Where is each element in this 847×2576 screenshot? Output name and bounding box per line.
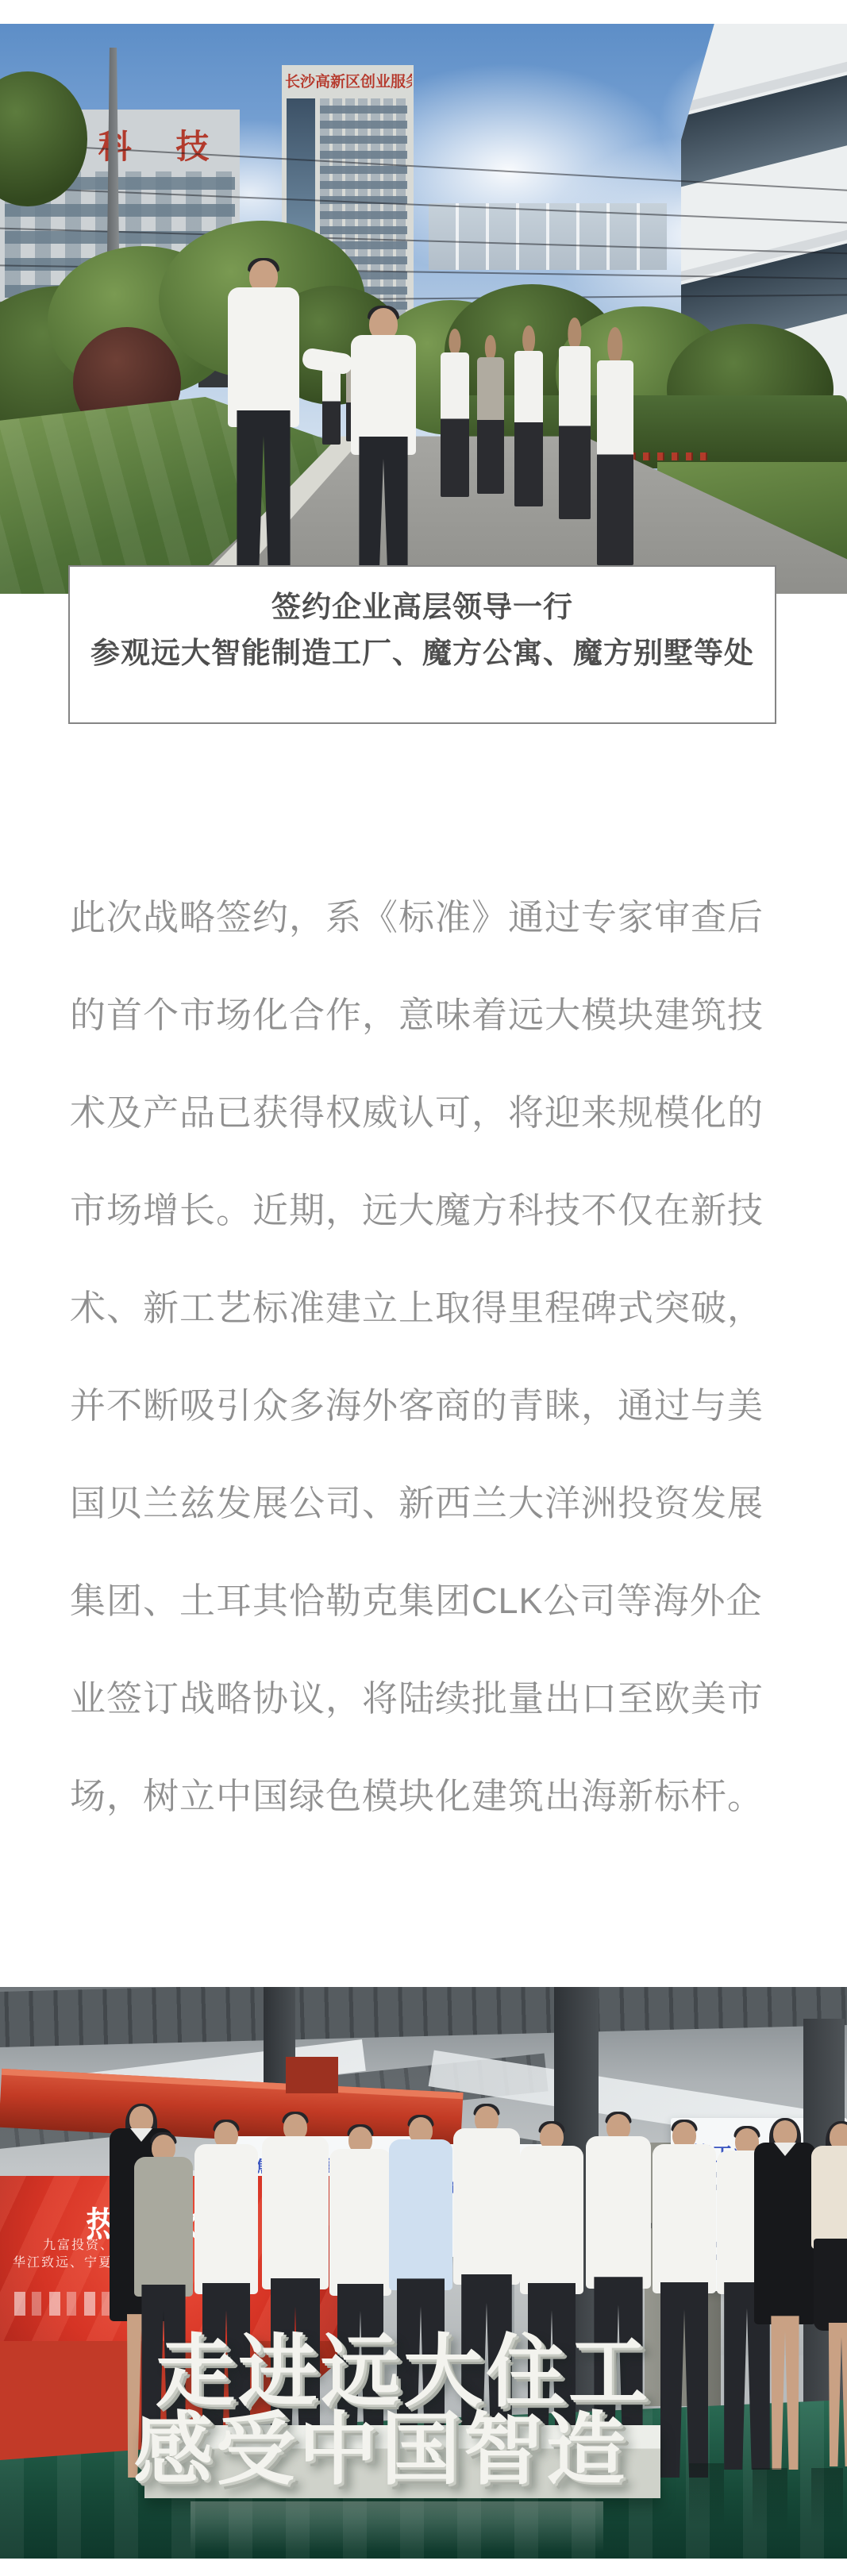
article-page: 长沙高新区创业服务中心 学 科 技 — [0, 0, 847, 2576]
pointing-person — [343, 308, 424, 594]
floor-reflection-dark — [753, 2468, 787, 2532]
paragraph-line: 场，树立中国绿色模块化建筑出海新标杆。 — [70, 1744, 788, 1842]
article-paragraph: 此次战略签约，系《标准》通过专家审查后 的首个市场化合作，意味着远大模块建筑技 … — [70, 865, 788, 1842]
paragraph-line: 术、新工艺标准建立上取得里程碑式突破， — [70, 1256, 788, 1353]
group-person-woman — [803, 2124, 847, 2466]
paragraph-line: 国贝兰兹发展公司、新西兰大洋洲投资发展 — [70, 1451, 788, 1549]
tower-sign: 长沙高新区创业服务中心 — [285, 70, 412, 91]
floor-reflection-dark — [811, 2468, 843, 2532]
paragraph-line: 集团、土耳其恰勒克集团CLK公司等海外企 — [70, 1549, 788, 1646]
caption-line-1: 签约企业高层领导一行 — [70, 584, 775, 630]
slogan-line-2: 感受中国智造 — [133, 2385, 629, 2500]
lead-person — [219, 260, 308, 594]
floor-reflection — [191, 2501, 603, 2552]
paragraph-line: 并不断吸引众多海外客商的青睐，通过与美 — [70, 1353, 788, 1451]
walking-person — [556, 318, 594, 519]
paragraph-line: 业签订战略协议，将陆续批量出口至欧美市 — [70, 1646, 788, 1744]
walking-person — [438, 329, 472, 497]
top-photo[interactable]: 长沙高新区创业服务中心 学 科 技 — [0, 24, 847, 594]
walking-person — [594, 327, 637, 565]
paragraph-line: 此次战略签约，系《标准》通过专家审查后 — [70, 865, 788, 963]
walking-person — [511, 325, 546, 506]
paragraph-line: 术及产品已获得权威认可，将迎来规模化的 — [70, 1061, 788, 1158]
crane-trolley — [286, 2057, 338, 2093]
paragraph-line: 市场增长。近期，远大魔方科技不仅在新技 — [70, 1158, 788, 1256]
floor-reflection-dark — [689, 2463, 724, 2527]
photo-caption-box: 签约企业高层领导一行 参观远大智能制造工厂、魔方公寓、魔方别墅等处 — [68, 565, 776, 724]
bottom-photo[interactable]: 聚焦产品标准化创新再造 智能制造驱动产业升级 远大住工 制造 MANUFACTU… — [0, 1987, 847, 2559]
caption-line-2: 参观远大智能制造工厂、魔方公寓、魔方别墅等处 — [70, 630, 775, 676]
paragraph-line: 的首个市场化合作，意味着远大模块建筑技 — [70, 963, 788, 1061]
walking-person — [475, 335, 506, 494]
